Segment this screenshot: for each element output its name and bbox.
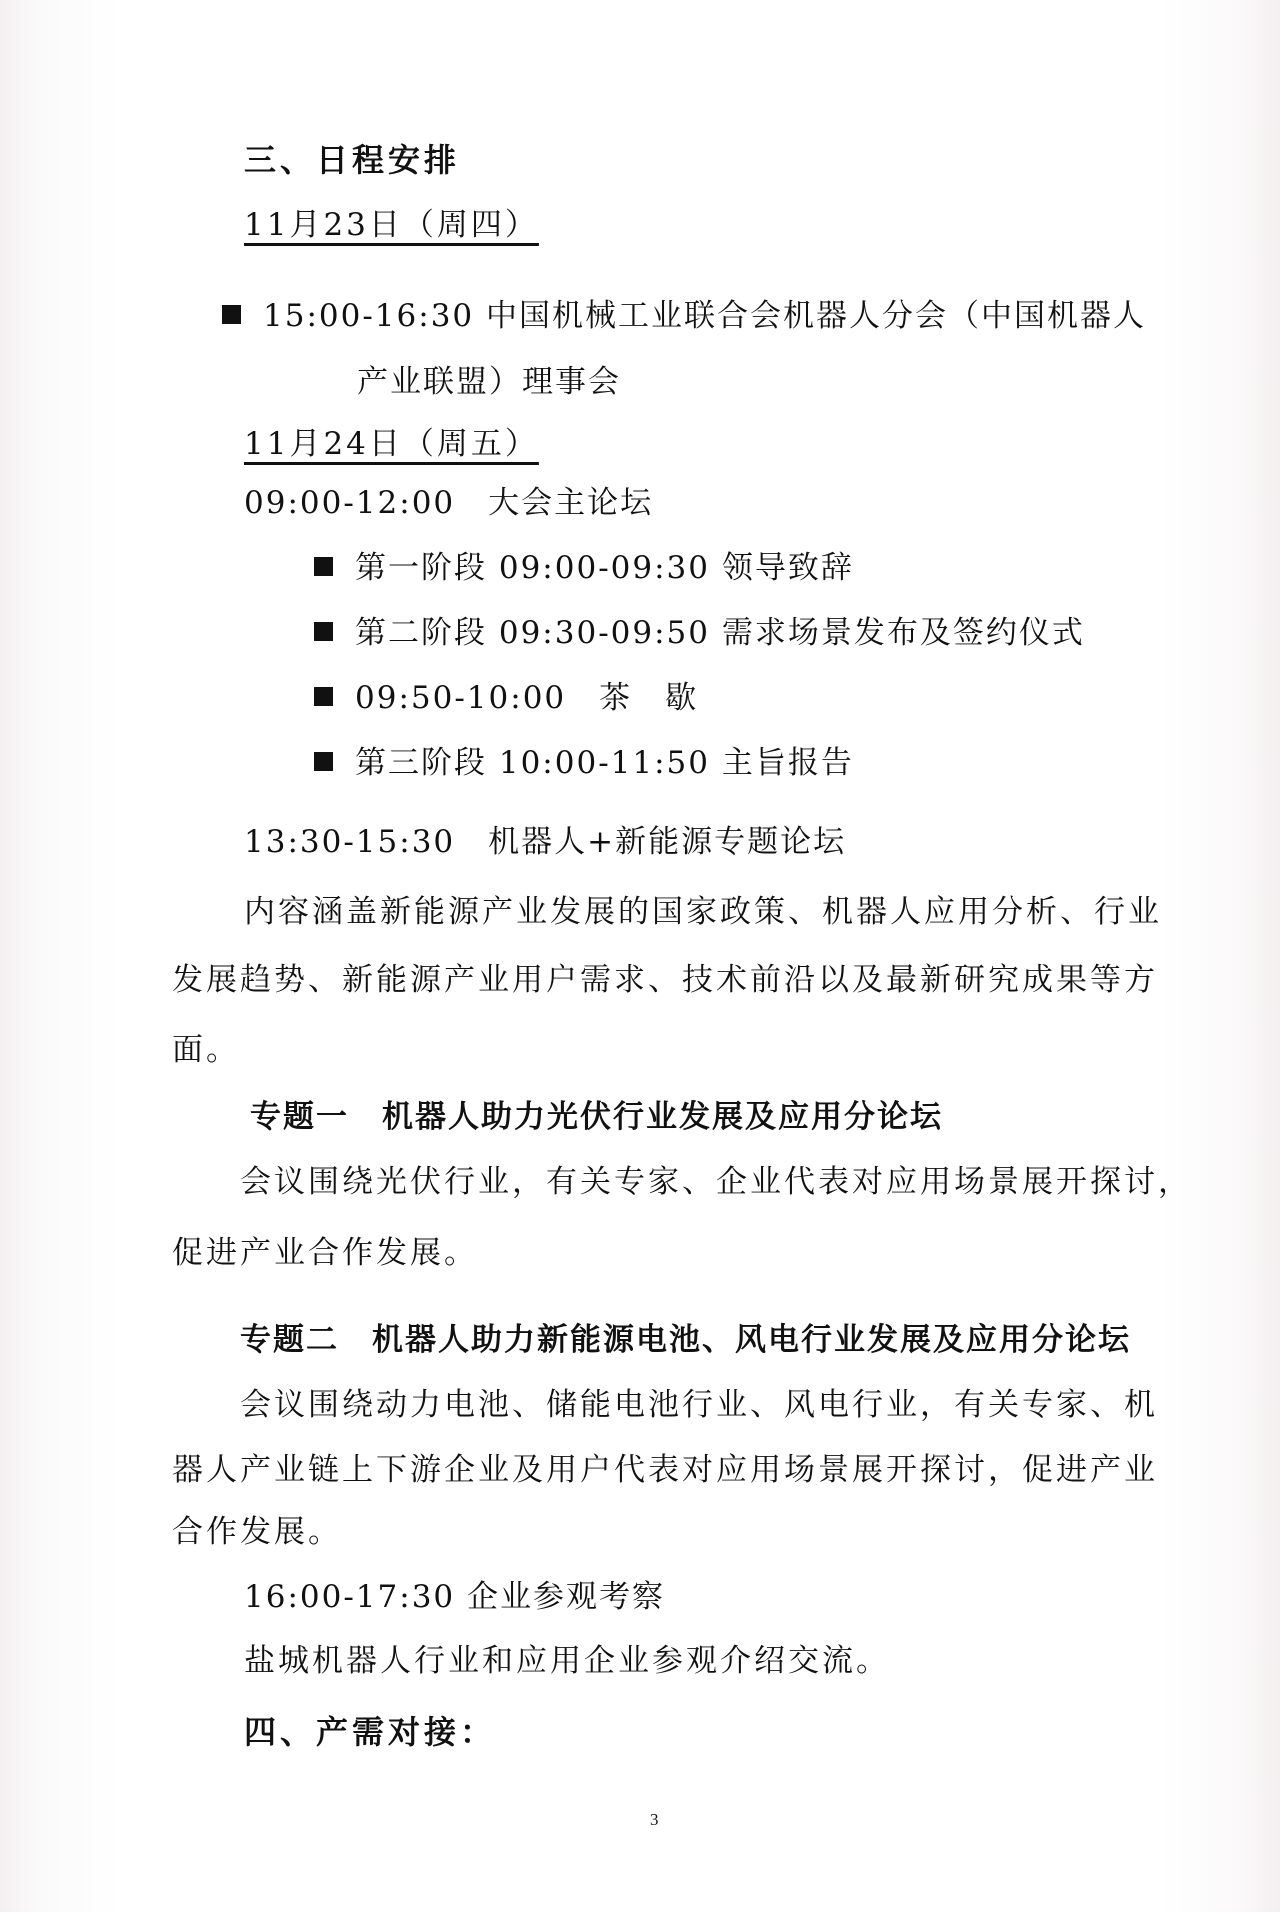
square-bullet-icon [314, 557, 333, 576]
main-forum-title: 09:00-12:00 大会主论坛 [244, 483, 653, 523]
section-heading-matching: 四、产需对接： [244, 1712, 496, 1752]
topic2-title: 专题二 机器人助力新能源电池、风电行业发展及应用分论坛 [240, 1320, 1131, 1360]
list-item: 第二阶段 09:30-09:50 需求场景发布及签约仪式 [314, 613, 1085, 653]
paragraph-line: 发展趋势、新能源产业用户需求、技术前沿以及最新研究成果等方 [172, 960, 1158, 1000]
square-bullet-icon [314, 752, 333, 771]
list-item: 第一阶段 09:00-09:30 领导致辞 [314, 548, 854, 588]
item-text: 第三阶段 10:00-11:50 主旨报告 [355, 745, 854, 781]
list-item: 第三阶段 10:00-11:50 主旨报告 [314, 743, 854, 783]
item-text: 第二阶段 09:30-09:50 需求场景发布及签约仪式 [355, 615, 1085, 651]
section-heading-schedule: 三、日程安排 [244, 140, 460, 180]
page-number: 3 [650, 1810, 659, 1830]
paragraph-line: 盐城机器人行业和应用企业参观介绍交流。 [244, 1641, 890, 1681]
list-item-continuation: 产业联盟）理事会 [357, 362, 621, 402]
paragraph-line: 器人产业链上下游企业及用户代表对应用场景展开探讨，促进产业 [172, 1450, 1158, 1490]
paragraph-line: 促进产业合作发展。 [172, 1233, 478, 1273]
document-page: 三、日程安排 11月23日（周四） 15:00-16:30 中国机械工业联合会机… [0, 0, 1280, 1912]
square-bullet-icon [222, 305, 241, 324]
topic1-title: 专题一 机器人助力光伏行业发展及应用分论坛 [250, 1097, 943, 1137]
list-item: 09:50-10:00 茶 歇 [314, 678, 698, 718]
paragraph-line: 合作发展。 [172, 1512, 342, 1552]
square-bullet-icon [314, 622, 333, 641]
square-bullet-icon [314, 687, 333, 706]
item-text: 15:00-16:30 中国机械工业联合会机器人分会（中国机器人 [263, 298, 1146, 334]
paragraph-line: 会议围绕动力电池、储能电池行业、风电行业，有关专家、机 [240, 1385, 1158, 1425]
visit-title: 16:00-17:30 企业参观考察 [244, 1577, 665, 1617]
date-heading-nov23: 11月23日（周四） [244, 205, 539, 245]
paragraph-line: 面。 [172, 1030, 240, 1070]
list-item: 15:00-16:30 中国机械工业联合会机器人分会（中国机器人 [222, 296, 1146, 336]
date-heading-nov24: 11月24日（周五） [244, 424, 539, 464]
paragraph-line: 会议围绕光伏行业，有关专家、企业代表对应用场景展开探讨， [240, 1162, 1192, 1202]
topic-forum-title: 13:30-15:30 机器人+新能源专题论坛 [244, 822, 846, 862]
item-text: 第一阶段 09:00-09:30 领导致辞 [355, 550, 854, 586]
paragraph-line: 内容涵盖新能源产业发展的国家政策、机器人应用分析、行业 [244, 892, 1162, 932]
item-text: 09:50-10:00 茶 歇 [355, 680, 698, 716]
